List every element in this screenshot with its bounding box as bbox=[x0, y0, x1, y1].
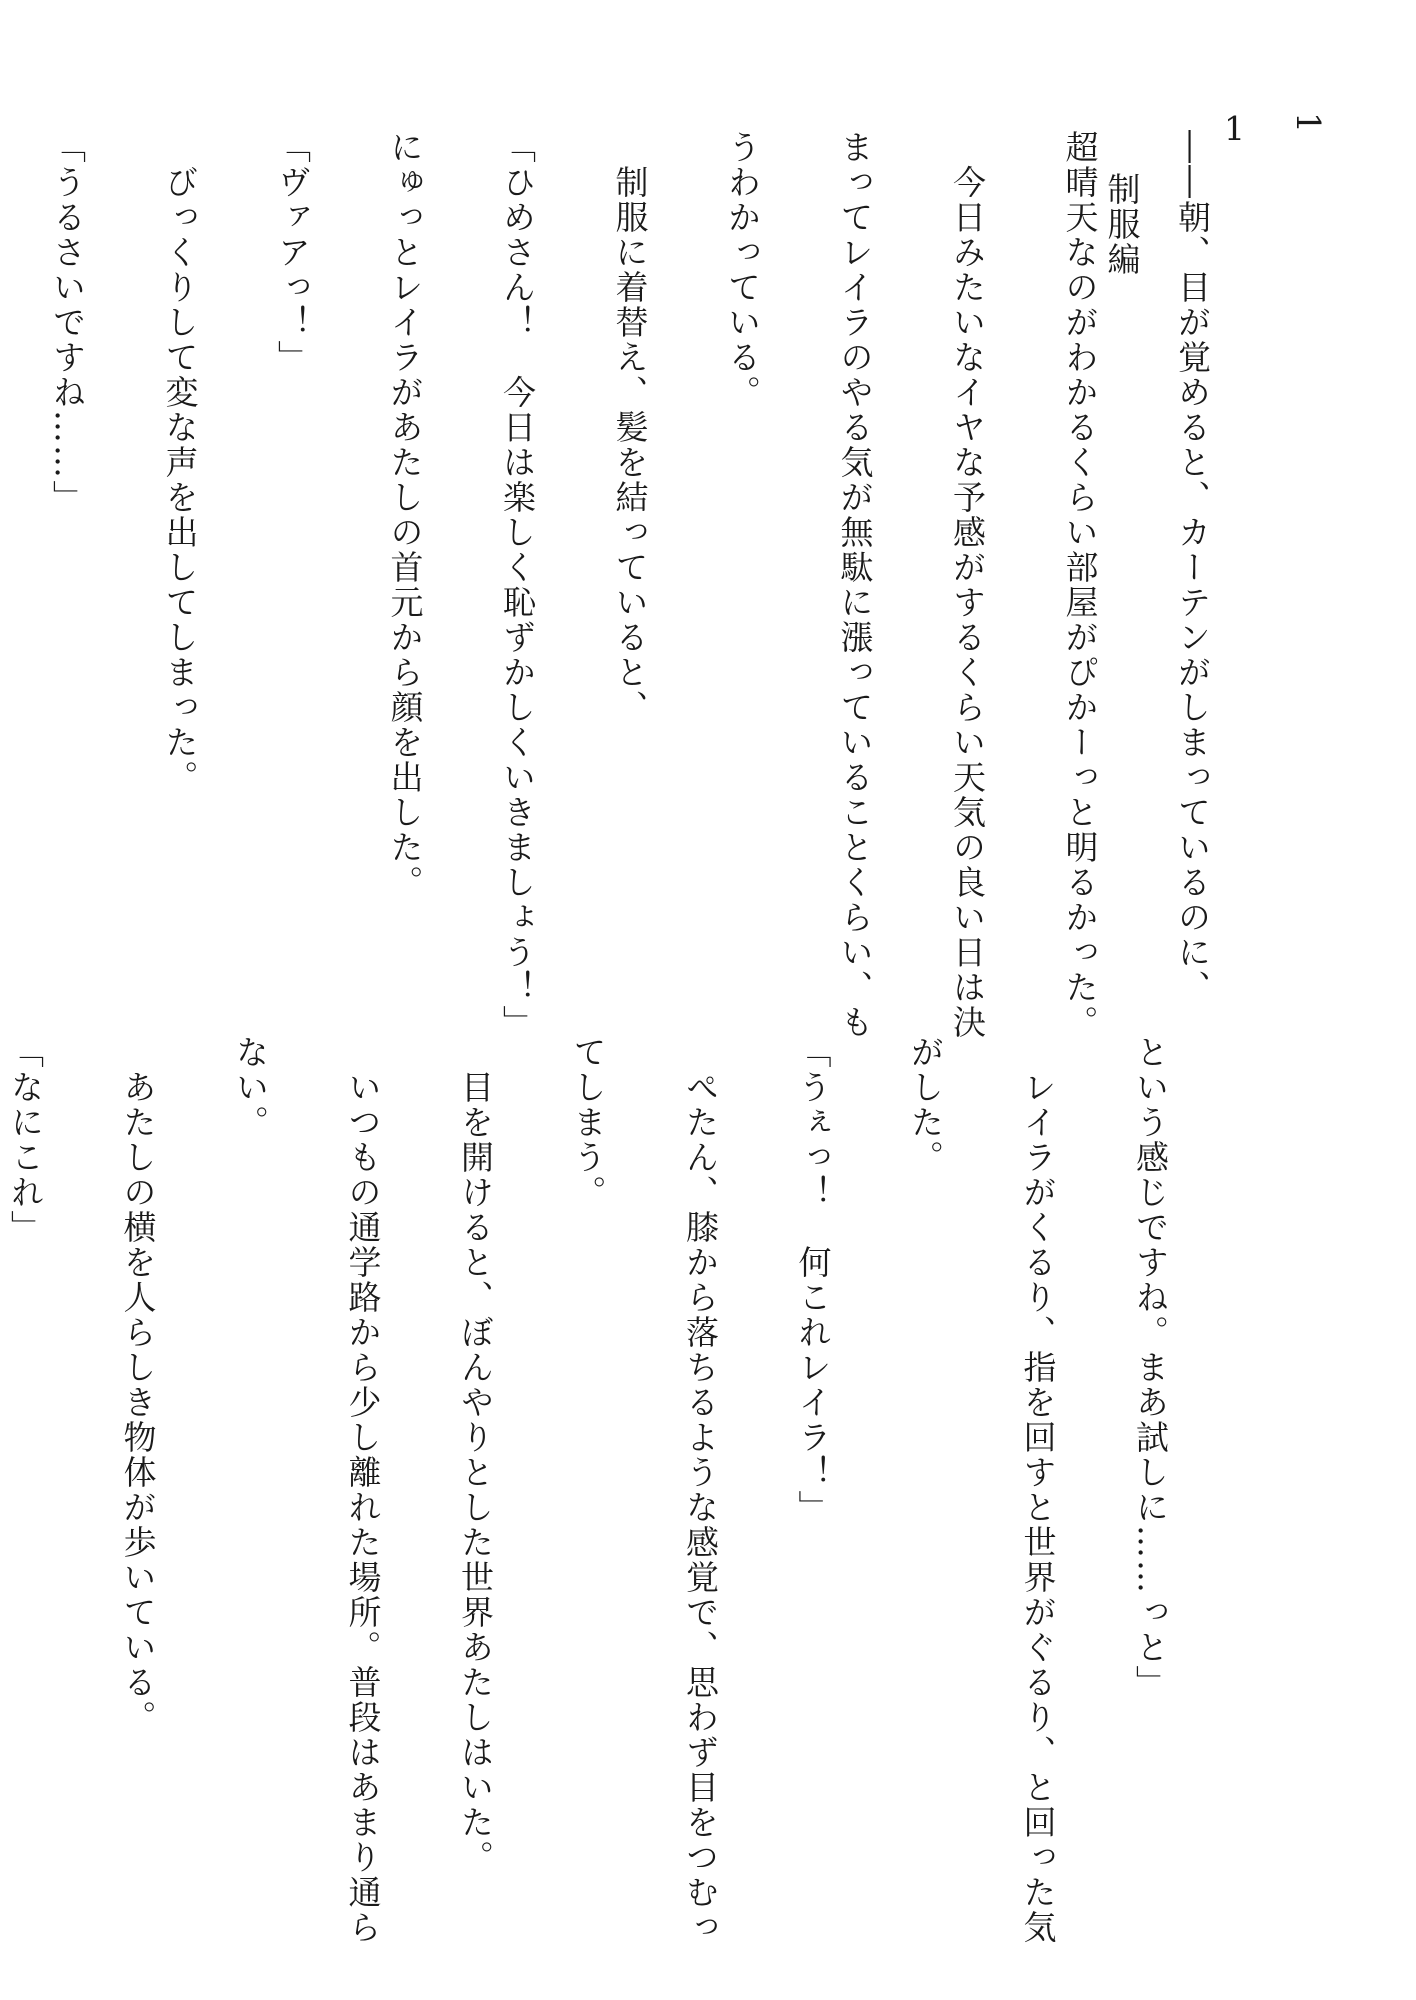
text-column: まってレイラのやる気が無駄に漲っていることくらい、も bbox=[836, 130, 874, 1010]
text-column: てしまう。 bbox=[569, 1035, 607, 1905]
bottom-tier-text: という感じですね。まあ試しに……っと」 レイラがくるり、指を回すと世界がぐるり、… bbox=[0, 1035, 1244, 1905]
text-column: 目を開けると、ぼんやりとした世界あたしはいた。 bbox=[457, 1035, 495, 1905]
text-column: 「うるさいですね……」 bbox=[49, 130, 87, 1010]
text-column: うわかっている。 bbox=[724, 130, 762, 1010]
text-column: がした。 bbox=[907, 1035, 945, 1905]
text-column: 「ヴァアっ！」 bbox=[274, 130, 312, 1010]
text-column: 今日みたいなイヤな予感がするくらい天気の良い日は決 bbox=[949, 130, 987, 1010]
text-column: 「うぇっ！ 何これレイラ！」 bbox=[794, 1035, 832, 1905]
text-column: にゅっとレイラがあたしの首元から顔を出した。 bbox=[386, 130, 424, 1010]
novel-page: 1 ――朝、目が覚めると、カーテンがしまっているのに、 超晴天なのがわかるくらい… bbox=[0, 0, 1416, 2000]
chapter-number-text: 1 bbox=[1216, 112, 1254, 412]
text-column: ぺたん、膝から落ちるような感覚で、思わず目をつむっ bbox=[682, 1035, 720, 1905]
text-column: 「ひめさん！ 今日は楽しく恥ずかしくいきましょう！」 bbox=[499, 130, 537, 1010]
text-column: 制服に着替え、髪を結っていると、 bbox=[611, 130, 649, 1010]
text-column: という感じですね。まあ試しに……っと」 bbox=[1132, 1035, 1170, 1905]
text-column: レイラがくるり、指を回すと世界がぐるり、と回った気 bbox=[1019, 1035, 1057, 1905]
chapter-title: 制服編 bbox=[1103, 112, 1141, 412]
text-column: いつもの通学路から少し離れた場所。普段はあまり通ら bbox=[344, 1035, 382, 1905]
text-column: びっくりして変な声を出してしまった。 bbox=[161, 130, 199, 1010]
chapter-title-column: 1 制服編 bbox=[1028, 112, 1328, 412]
text-column: 「なにこれ」 bbox=[7, 1035, 45, 1905]
text-column: あたしの横を人らしき物体が歩いている。 bbox=[119, 1035, 157, 1905]
text-column: ない。 bbox=[232, 1035, 270, 1905]
